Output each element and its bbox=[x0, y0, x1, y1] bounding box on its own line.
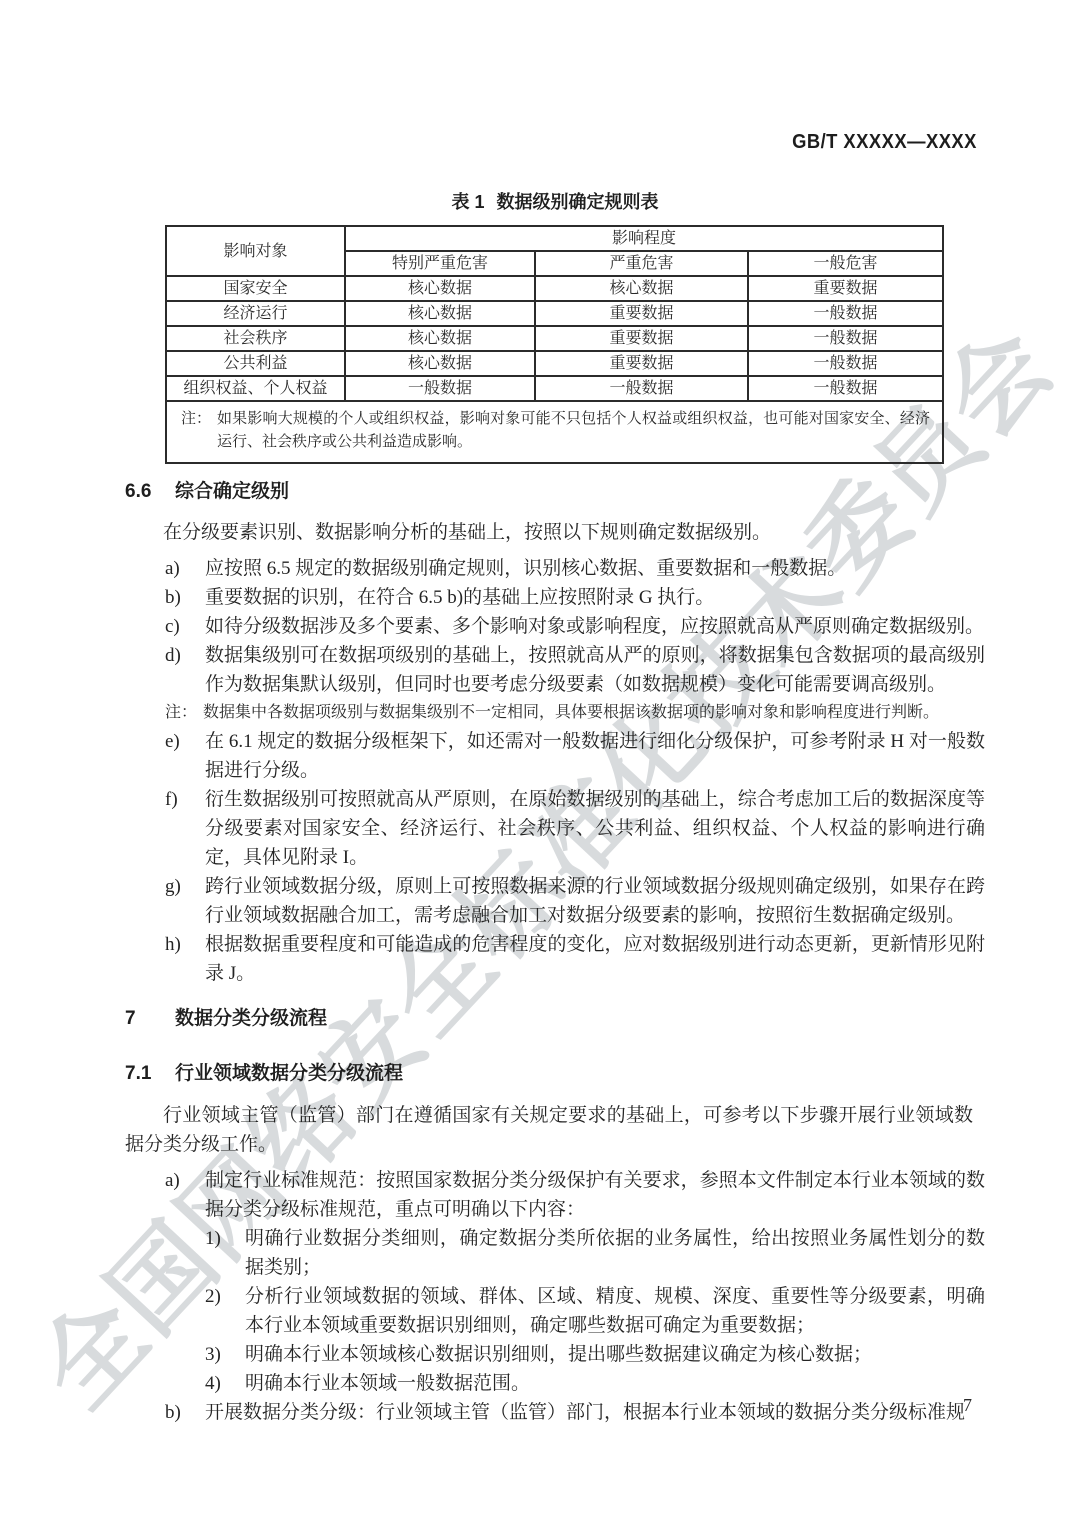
header-general-harm: 一般危害 bbox=[748, 251, 943, 276]
section-number: 6.6 bbox=[125, 477, 175, 506]
table-cell: 核心数据 bbox=[345, 326, 535, 351]
item-marker: 3) bbox=[205, 1340, 245, 1369]
list-subitem-2: 2)分析行业领域数据的领域、群体、区域、精度、规模、深度、重要性等分级要素，明确… bbox=[205, 1282, 985, 1340]
section-title: 数据分类分级流程 bbox=[175, 1008, 327, 1029]
document-number-header: GB/T XXXXX—XXXX bbox=[792, 131, 977, 154]
table-cell: 经济运行 bbox=[166, 301, 345, 326]
section-number: 7 bbox=[125, 1004, 175, 1033]
section-7-1-intro: 行业领域主管（监管）部门在遵循国家有关规定要求的基础上，可参考以下步骤开展行业领… bbox=[125, 1101, 973, 1159]
item-marker: e) bbox=[165, 727, 205, 785]
table-cell: 一般数据 bbox=[748, 301, 943, 326]
data-level-rules-table: 影响对象 影响程度 特别严重危害 严重危害 一般危害 国家安全 核心数据 核心数… bbox=[165, 225, 944, 464]
list-item-a: a)制定行业标准规范：按照国家数据分类分级保护有关要求，参照本文件制定本行业本领… bbox=[165, 1166, 985, 1224]
list-item-d: d)数据集级别可在数据项级别的基础上，按照就高从严的原则，将数据集包含数据项的最… bbox=[165, 641, 985, 699]
table-cell: 重要数据 bbox=[535, 351, 748, 376]
item-text: 根据数据重要程度和可能造成的危害程度的变化，应对数据级别进行动态更新，更新情形见… bbox=[205, 930, 985, 988]
page-number: 7 bbox=[963, 1395, 972, 1416]
table-cell: 核心数据 bbox=[345, 351, 535, 376]
item-marker: 1) bbox=[205, 1224, 245, 1282]
section-7-1-heading: 7.1行业领域数据分类分级流程 bbox=[125, 1059, 985, 1088]
item-text: 应按照 6.5 规定的数据级别确定规则，识别核心数据、重要数据和一般数据。 bbox=[205, 554, 985, 583]
section-7-heading: 7数据分类分级流程 bbox=[125, 1004, 985, 1033]
table-row: 经济运行 核心数据 重要数据 一般数据 bbox=[166, 301, 943, 326]
note-label: 注： bbox=[165, 699, 203, 727]
item-text: 在 6.1 规定的数据分级框架下，如还需对一般数据进行细化分级保护，可参考附录 … bbox=[205, 727, 985, 785]
item-text: 明确本行业本领域核心数据识别细则，提出哪些数据建议确定为核心数据； bbox=[245, 1340, 985, 1369]
list-item-a: a)应按照 6.5 规定的数据级别确定规则，识别核心数据、重要数据和一般数据。 bbox=[165, 554, 985, 583]
item-text: 开展数据分类分级：行业领域主管（监管）部门，根据本行业本领域的数据分类分级标准规 bbox=[205, 1398, 985, 1427]
item-marker: a) bbox=[165, 1166, 205, 1224]
table-cell: 重要数据 bbox=[535, 326, 748, 351]
table-cell: 公共利益 bbox=[166, 351, 345, 376]
item-text: 明确本行业本领域一般数据范围。 bbox=[245, 1369, 985, 1398]
table-cell: 核心数据 bbox=[345, 276, 535, 301]
table-cell: 一般数据 bbox=[748, 376, 943, 401]
item-text: 分析行业领域数据的领域、群体、区域、精度、规模、深度、重要性等分级要素，明确本行… bbox=[245, 1282, 985, 1340]
page-content: 表 1数据级别确定规则表 影响对象 影响程度 特别严重危害 严重危害 一般危害 … bbox=[125, 0, 985, 1427]
section-title: 综合确定级别 bbox=[175, 481, 289, 502]
table-cell: 一般数据 bbox=[748, 326, 943, 351]
section-6-6-list: a)应按照 6.5 规定的数据级别确定规则，识别核心数据、重要数据和一般数据。 … bbox=[125, 554, 985, 988]
item-marker: g) bbox=[165, 872, 205, 930]
section-6-6-heading: 6.6综合确定级别 bbox=[125, 477, 985, 506]
table-label: 表 1 bbox=[451, 192, 484, 212]
table-title-text: 数据级别确定规则表 bbox=[497, 192, 659, 212]
header-extreme-harm: 特别严重危害 bbox=[345, 251, 535, 276]
item-text: 重要数据的识别，在符合 6.5 b)的基础上应按照附录 G 执行。 bbox=[205, 583, 985, 612]
list-item-g: g)跨行业领域数据分级，原则上可按照数据来源的行业领域数据分级规则确定级别，如果… bbox=[165, 872, 985, 930]
list-item-b: b)重要数据的识别，在符合 6.5 b)的基础上应按照附录 G 执行。 bbox=[165, 583, 985, 612]
table-cell: 组织权益、个人权益 bbox=[166, 376, 345, 401]
table-cell: 一般数据 bbox=[535, 376, 748, 401]
item-text: 衍生数据级别可按照就高从严原则，在原始数据级别的基础上，综合考虑加工后的数据深度… bbox=[205, 785, 985, 872]
item-marker: d) bbox=[165, 641, 205, 699]
item-text: 如待分级数据涉及多个要素、多个影响对象或影响程度，应按照就高从严原则确定数据级别… bbox=[205, 612, 985, 641]
section-6-6-intro: 在分级要素识别、数据影响分析的基础上，按照以下规则确定数据级别。 bbox=[125, 518, 973, 547]
section-number: 7.1 bbox=[125, 1059, 175, 1088]
header-serious-harm: 严重危害 bbox=[535, 251, 748, 276]
table-row: 组织权益、个人权益 一般数据 一般数据 一般数据 bbox=[166, 376, 943, 401]
section-7-1-list: a)制定行业标准规范：按照国家数据分类分级保护有关要求，参照本文件制定本行业本领… bbox=[125, 1166, 985, 1427]
list-note: 注：数据集中各数据项级别与数据集级别不一定相同，具体要根据该数据项的影响对象和影… bbox=[165, 699, 985, 727]
table-cell: 核心数据 bbox=[345, 301, 535, 326]
item-marker: 4) bbox=[205, 1369, 245, 1398]
table-note: 注： 如果影响大规模的个人或组织权益，影响对象可能不只包括个人权益或组织权益，也… bbox=[166, 401, 943, 463]
item-marker: b) bbox=[165, 583, 205, 612]
item-text: 制定行业标准规范：按照国家数据分类分级保护有关要求，参照本文件制定本行业本领域的… bbox=[205, 1166, 985, 1224]
table-note-row: 注： 如果影响大规模的个人或组织权益，影响对象可能不只包括个人权益或组织权益，也… bbox=[166, 401, 943, 463]
item-text: 明确行业数据分类细则，确定数据分类所依据的业务属性，给出按照业务属性划分的数据类… bbox=[245, 1224, 985, 1282]
table-row: 公共利益 核心数据 重要数据 一般数据 bbox=[166, 351, 943, 376]
note-text: 如果影响大规模的个人或组织权益，影响对象可能不只包括个人权益或组织权益，也可能对… bbox=[217, 408, 930, 454]
table-cell: 一般数据 bbox=[748, 351, 943, 376]
note-text: 数据集中各数据项级别与数据集级别不一定相同，具体要根据该数据项的影响对象和影响程… bbox=[203, 699, 985, 727]
item-marker: f) bbox=[165, 785, 205, 872]
table-cell: 一般数据 bbox=[345, 376, 535, 401]
item-text: 跨行业领域数据分级，原则上可按照数据来源的行业领域数据分级规则确定级别，如果存在… bbox=[205, 872, 985, 930]
table-cell: 社会秩序 bbox=[166, 326, 345, 351]
list-item-h: h)根据数据重要程度和可能造成的危害程度的变化，应对数据级别进行动态更新，更新情… bbox=[165, 930, 985, 988]
table-cell: 核心数据 bbox=[535, 276, 748, 301]
table-header-row-1: 影响对象 影响程度 bbox=[166, 226, 943, 251]
table-cell: 重要数据 bbox=[748, 276, 943, 301]
item-marker: h) bbox=[165, 930, 205, 988]
list-item-b: b)开展数据分类分级：行业领域主管（监管）部门，根据本行业本领域的数据分类分级标… bbox=[165, 1398, 985, 1427]
table-cell: 重要数据 bbox=[535, 301, 748, 326]
table-cell: 国家安全 bbox=[166, 276, 345, 301]
note-label: 注： bbox=[181, 408, 217, 454]
header-impact-object: 影响对象 bbox=[166, 226, 345, 276]
section-title: 行业领域数据分类分级流程 bbox=[175, 1063, 403, 1084]
item-marker: a) bbox=[165, 554, 205, 583]
item-marker: 2) bbox=[205, 1282, 245, 1340]
table-row: 国家安全 核心数据 核心数据 重要数据 bbox=[166, 276, 943, 301]
item-marker: c) bbox=[165, 612, 205, 641]
item-text: 数据集级别可在数据项级别的基础上，按照就高从严的原则，将数据集包含数据项的最高级… bbox=[205, 641, 985, 699]
table-caption: 表 1数据级别确定规则表 bbox=[125, 188, 985, 214]
list-item-e: e)在 6.1 规定的数据分级框架下，如还需对一般数据进行细化分级保护，可参考附… bbox=[165, 727, 985, 785]
list-item-c: c)如待分级数据涉及多个要素、多个影响对象或影响程度，应按照就高从严原则确定数据… bbox=[165, 612, 985, 641]
table-row: 社会秩序 核心数据 重要数据 一般数据 bbox=[166, 326, 943, 351]
list-subitem-1: 1)明确行业数据分类细则，确定数据分类所依据的业务属性，给出按照业务属性划分的数… bbox=[205, 1224, 985, 1282]
list-item-f: f)衍生数据级别可按照就高从严原则，在原始数据级别的基础上，综合考虑加工后的数据… bbox=[165, 785, 985, 872]
header-impact-degree: 影响程度 bbox=[345, 226, 943, 251]
list-subitem-4: 4)明确本行业本领域一般数据范围。 bbox=[205, 1369, 985, 1398]
document-page: 全国网络安全标准化技术委员会 GB/T XXXXX—XXXX 表 1数据级别确定… bbox=[0, 0, 1080, 1527]
item-marker: b) bbox=[165, 1398, 205, 1427]
list-subitem-3: 3)明确本行业本领域核心数据识别细则，提出哪些数据建议确定为核心数据； bbox=[205, 1340, 985, 1369]
